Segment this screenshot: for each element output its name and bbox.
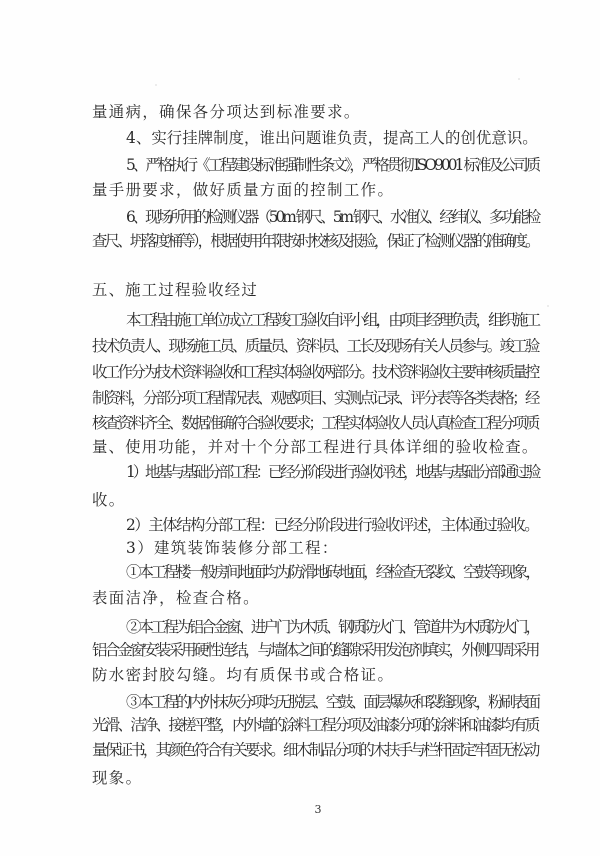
text-line: ③本工程的内外抹灰分项均无脱层、空鼓、面层爆灰和裂缝现象，粉刷表面: [126, 692, 538, 712]
text-line: 收工作分为技术资料验收和工程实体验收两部分。技术资料验收主要审核质量控: [92, 362, 538, 382]
scan-speck: [547, 305, 549, 307]
page-number: 3: [312, 802, 324, 818]
document-page: 量通病，确保各分项达到标准要求。 4、实行挂牌制度，谁出问题谁负责，提高工人的创…: [0, 0, 600, 856]
text-line: 2）主体结构分部工程：已经分阶段进行验收评述，主体通过验收。: [126, 515, 538, 535]
text-line: ①本工程楼一般房间地面均为防滑地砖地面，经检查无裂纹、空鼓等现象，: [126, 562, 538, 582]
text-line: 1）地基与基础分部工程：已经分阶段进行验收评述，地基与基础分部通过验: [126, 462, 538, 482]
text-line: 表面洁净，检查合格。: [92, 588, 538, 608]
text-line: 现象。: [92, 768, 538, 788]
text-line: 5、严格执行《工程建设标准强制性条文》，严格贯彻 ISO9001 标准及公司质: [126, 155, 538, 175]
text-line: 铝合金窗安装采用硬性连结，与墙体之间的缝隙采用发泡剂填实，外侧四周采用: [92, 640, 538, 660]
text-line: 量、使用功能，并对十个分部工程进行具体详细的验收检查。: [92, 437, 538, 457]
text-line: 收。: [92, 490, 538, 510]
text-line: 技术负责人、现场施工员、质量员、资料员、工长及现场有关人员参与。竣工验: [92, 336, 538, 356]
text-line: 量手册要求，做好质量方面的控制工作。: [92, 180, 538, 200]
text-line: 防水密封胶勾缝。均有质保书或合格证。: [92, 665, 538, 685]
text-line: 4、实行挂牌制度，谁出问题谁负责，提高工人的创优意识。: [126, 128, 538, 148]
text-line: 本工程由施工单位成立工程竣工验收自评小组，由项目经理负责，组织施工: [126, 310, 538, 330]
section-heading: 五、施工过程验收经过: [92, 280, 538, 300]
text-line: 核查资料齐全、数据准确符合验收要求；工程实体验收人员认真检查工程分项质: [92, 413, 538, 433]
text-line: 量通病，确保各分项达到标准要求。: [92, 102, 538, 122]
text-line: 3）建筑装饰装修分部工程：: [126, 538, 538, 558]
scan-speck: [155, 84, 157, 86]
text-line: 量保证书，其颜色符合有关要求。细木制品分项的木扶手与栏杆固定牢固无松动: [92, 740, 538, 760]
text-line: ②本工程为铝合金窗、进户门为木质、钢质防火门、管道井为木质防火门，: [126, 617, 538, 637]
scan-speck: [518, 78, 520, 80]
text-line: 6、现场所用的检测仪器（50m 钢尺、5m 钢尺、水准仪、经纬仪、多功能检: [126, 207, 538, 227]
text-line: 光滑、洁净、接槎平整，内外墙的涂料工程分项及油漆分项的涂料和油漆均有质: [92, 715, 538, 735]
text-line: 制资料，分部分项工程情况表、观感项目、实测点记录、评分表等各类表格；经: [92, 388, 538, 408]
text-line: 查尺、坍落度桶等），根据使用年限按时校核及报验，保证了检测仪器的准确度。: [92, 231, 538, 251]
